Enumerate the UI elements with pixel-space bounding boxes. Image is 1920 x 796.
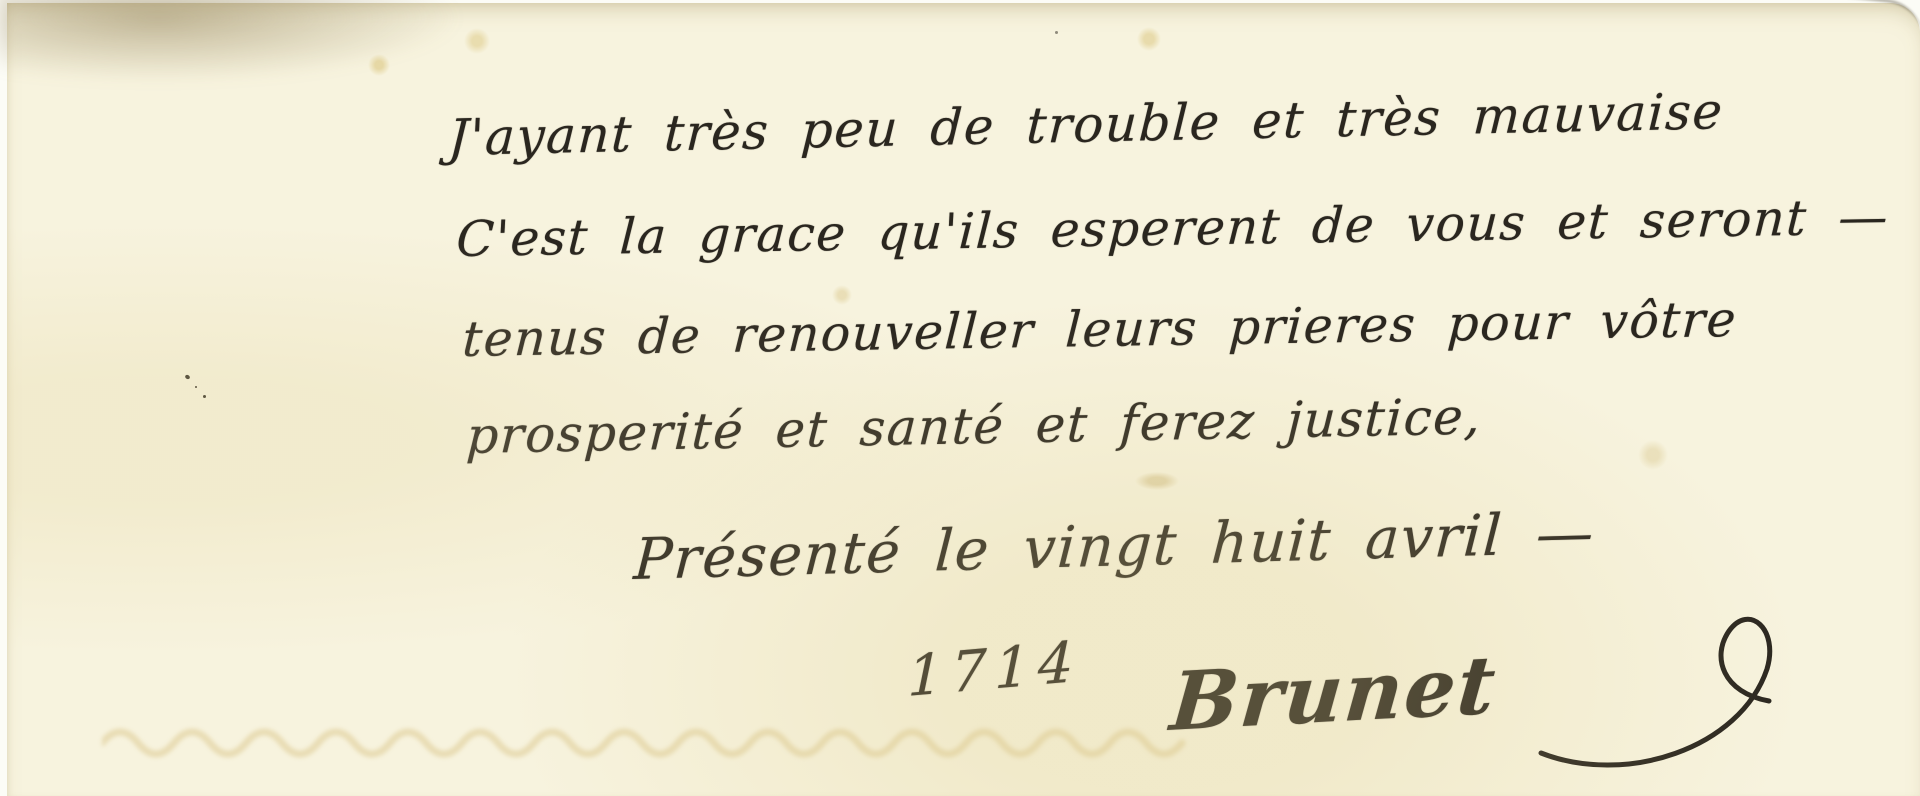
manuscript-line-4: prosperité et santé et ferez justice, xyxy=(465,387,1483,465)
ink-speck xyxy=(1055,31,1058,34)
ink-speck xyxy=(203,395,206,398)
bleed-through-writing xyxy=(102,698,1222,778)
age-smudge-top-left xyxy=(0,0,457,81)
manuscript-line-2: C'est la grace qu'ils esperent de vous e… xyxy=(455,188,1891,268)
manuscript-year: 1714 xyxy=(907,629,1082,710)
paper-corner-edge xyxy=(1801,0,1920,66)
ink-speck xyxy=(184,374,190,380)
manuscript-date-line: Présenté le vingt huit avril — xyxy=(632,500,1597,593)
signature-brunet: Brunet xyxy=(1167,637,1501,749)
manuscript-line-3: tenus de renouveller leurs prieres pour … xyxy=(461,291,1739,368)
scanned-manuscript-screenshot: { "manuscript": { "lines": [ "J'ayant tr… xyxy=(0,0,1920,796)
manuscript-line-1: J'ayant très peu de trouble et très mauv… xyxy=(447,82,1725,167)
ink-speck xyxy=(195,386,197,388)
signature-flourish-paraph xyxy=(1535,581,1835,791)
manuscript-page: J'ayant très peu de trouble et très mauv… xyxy=(7,3,1920,796)
